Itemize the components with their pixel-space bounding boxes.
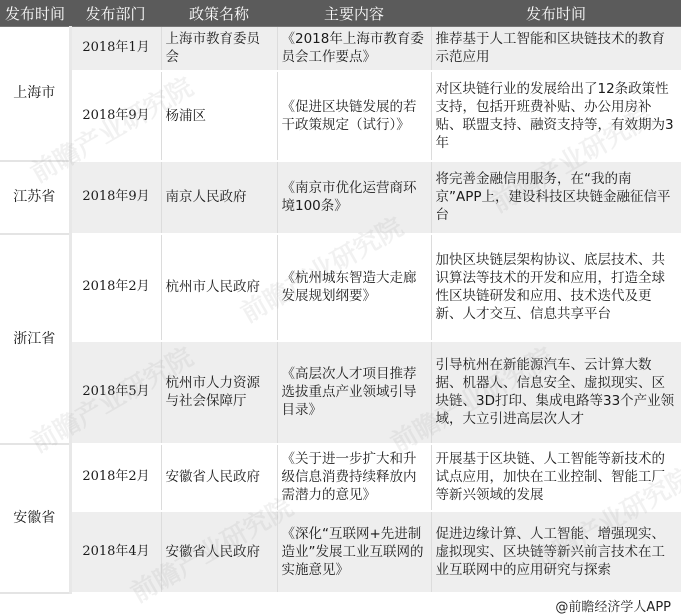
province-cell: 江苏省 xyxy=(0,161,70,234)
policy-cell: 《杭州城东智造大走廊发展规划纲要》 xyxy=(277,234,431,341)
header-content: 主要内容 xyxy=(277,0,431,27)
province-cell: 安徽省 xyxy=(0,444,70,593)
date-cell: 2018年5月 xyxy=(70,341,161,444)
content-cell: 引导杭州在新能源汽车、云计算大数据、机器人、信息安全、虚拟现实、区块链、3D打印… xyxy=(431,341,681,444)
header-policy: 政策名称 xyxy=(161,0,277,27)
table-row: 安徽省 2018年2月 安徽省人民政府 《关于进一步扩大和升级信息消费持续释放内… xyxy=(0,444,681,511)
province-cell: 上海市 xyxy=(0,27,70,161)
table-row: 江苏省 2018年9月 南京人民政府 《南京市优化运营商环境100条》 将完善金… xyxy=(0,161,681,234)
date-cell: 2018年1月 xyxy=(70,27,161,71)
policy-cell: 《深化“互联网+先进制造业”发展工业互联网的实施意见》 xyxy=(277,511,431,593)
date-cell: 2018年4月 xyxy=(70,511,161,593)
date-cell: 2018年9月 xyxy=(70,161,161,234)
header-dept: 发布部门 xyxy=(70,0,161,27)
date-cell: 2018年2月 xyxy=(70,234,161,341)
policy-cell: 《2018年上海市教育委员会工作要点》 xyxy=(277,27,431,71)
table-row: 2018年4月 安徽省人民政府 《深化“互联网+先进制造业”发展工业互联网的实施… xyxy=(0,511,681,593)
province-cell: 浙江省 xyxy=(0,234,70,444)
dept-cell: 杭州市人力资源与社会保障厅 xyxy=(161,341,277,444)
policy-cell: 《南京市优化运营商环境100条》 xyxy=(277,161,431,234)
table-header-row: 发布时间 发布部门 政策名称 主要内容 发布时间 xyxy=(0,0,681,27)
content-cell: 推荐基于人工智能和区块链技术的教育示范应用 xyxy=(431,27,681,71)
table-row: 上海市 2018年1月 上海市教育委员会 《2018年上海市教育委员会工作要点》… xyxy=(0,27,681,71)
policy-cell: 《高层次人才项目推荐选拔重点产业领域引导目录》 xyxy=(277,341,431,444)
policy-table: 发布时间 发布部门 政策名称 主要内容 发布时间 上海市 2018年1月 上海市… xyxy=(0,0,681,594)
source-credit: @前瞻经济学人APP xyxy=(555,596,671,615)
content-cell: 加快区块链层架构协议、底层技术、共识算法等技术的开发和应用，打造全球性区块链研发… xyxy=(431,234,681,341)
dept-cell: 杭州市人民政府 xyxy=(161,234,277,341)
table-row: 浙江省 2018年2月 杭州市人民政府 《杭州城东智造大走廊发展规划纲要》 加快… xyxy=(0,234,681,341)
date-cell: 2018年2月 xyxy=(70,444,161,511)
policy-cell: 《关于进一步扩大和升级信息消费持续释放内需潜力的意见》 xyxy=(277,444,431,511)
dept-cell: 安徽省人民政府 xyxy=(161,511,277,593)
content-cell: 促进边缘计算、人工智能、增强现实、虚拟现实、区块链等新兴前言技术在工业互联网中的… xyxy=(431,511,681,593)
dept-cell: 杨浦区 xyxy=(161,71,277,161)
header-time: 发布时间 xyxy=(431,0,681,27)
header-province: 发布时间 xyxy=(0,0,70,27)
dept-cell: 南京人民政府 xyxy=(161,161,277,234)
content-cell: 对区块链行业的发展给出了12条政策性支持，包括开班费补贴、办公用房补贴、联盟支持… xyxy=(431,71,681,161)
table-row: 2018年9月 杨浦区 《促进区块链发展的若干政策规定（试行）》 对区块链行业的… xyxy=(0,71,681,161)
dept-cell: 上海市教育委员会 xyxy=(161,27,277,71)
dept-cell: 安徽省人民政府 xyxy=(161,444,277,511)
table-row: 2018年5月 杭州市人力资源与社会保障厅 《高层次人才项目推荐选拔重点产业领域… xyxy=(0,341,681,444)
date-cell: 2018年9月 xyxy=(70,71,161,161)
content-cell: 开展基于区块链、人工智能等新技术的试点应用，加快在工业控制、智能工厂等新兴领域的… xyxy=(431,444,681,511)
policy-cell: 《促进区块链发展的若干政策规定（试行）》 xyxy=(277,71,431,161)
content-cell: 将完善金融信用服务，在“我的南京”APP上，建设科技区块链金融征信平台 xyxy=(431,161,681,234)
